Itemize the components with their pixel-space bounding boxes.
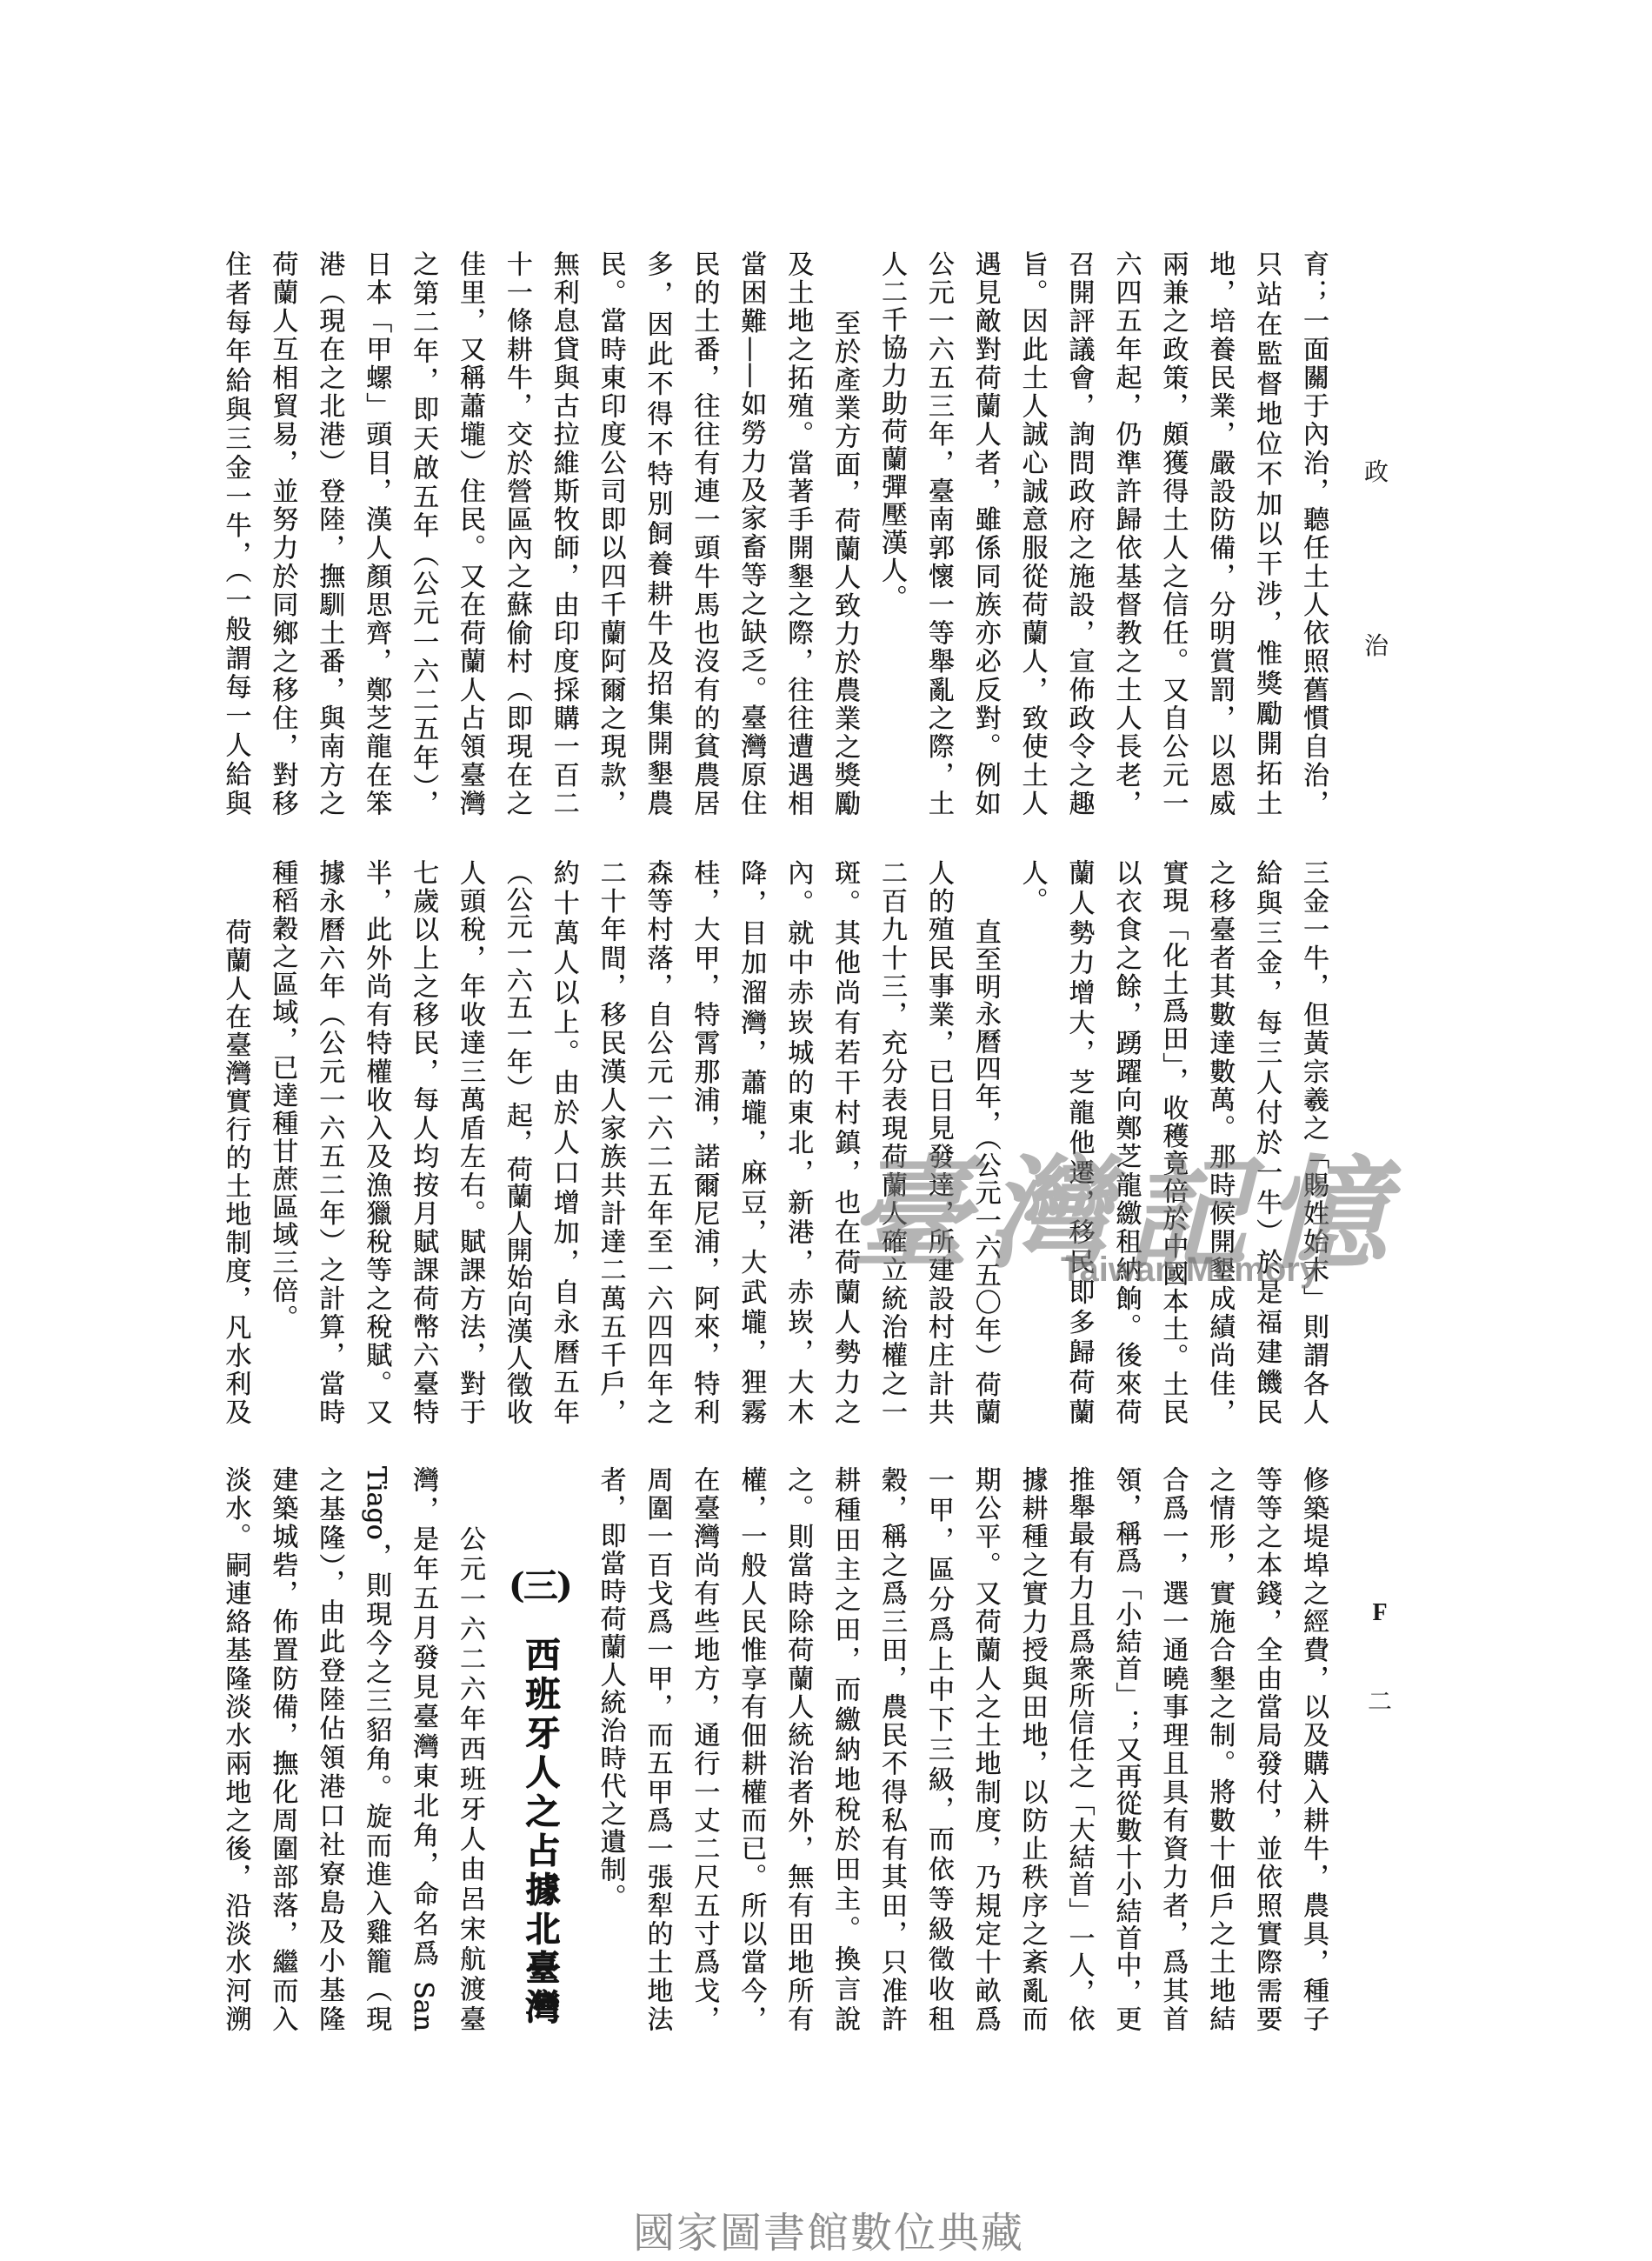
text-column: 以衣食之餘，踴躍向鄭芝龍繳租納餉。後來荷 <box>1102 859 1149 1424</box>
text-column: 港（現在之北港）登陸，撫馴土番，與南方之 <box>305 250 352 816</box>
text-column: 推舉最有力且爲衆所信任之「大結首」一人，依 <box>1056 1466 1102 2031</box>
text-column: 人的殖民事業，已日見發達，所建設村庄計共 <box>915 859 962 1424</box>
text-column: 蘭人勢力增大，芝龍他遷，移民即多歸荷蘭 <box>1056 859 1102 1424</box>
text-column: 地，培養民業，嚴設防備，分明賞罰，以恩威 <box>1196 250 1242 816</box>
text-column-paragraph-start: 公元一六二六年西班牙人由呂宋航渡臺 <box>446 1466 493 2031</box>
text-column: 半，此外尚有特權收入及漁獵稅等之稅賦。又 <box>352 859 399 1424</box>
text-column: 荷蘭人互相貿易，並努力於同鄉之移住，對移 <box>259 250 306 816</box>
section-heading-title: 西班牙人之占據北臺灣 <box>516 1637 563 2037</box>
text-column: 周圍一百戈爲一甲，而五甲爲一張犁的土地法 <box>634 1466 681 2031</box>
text-column: 召開評議會，詢問政府之施設，宣佈政令之趣 <box>1056 250 1102 816</box>
text-column-paragraph-end: 種稻穀之區域，已達種甘蔗區域三倍。 <box>259 859 306 1424</box>
text-column: 六四五年起，仍準許歸依基督教之土人長老， <box>1102 250 1149 816</box>
text-column: 十一條耕牛，交於營區內之蘇偷村（即現在之 <box>493 250 540 816</box>
text-column: 之移臺者其數達數萬。那時候開墾成績尚佳， <box>1196 859 1242 1424</box>
text-column: （公元一六五一年）起，荷蘭人開始向漢人徵收 <box>493 859 540 1424</box>
running-head-section-char: 治 <box>1359 629 1394 664</box>
text-column: 灣，是年五月發見臺灣東北角，命名爲 San <box>399 1466 446 2031</box>
section-heading-number: (三) <box>493 1562 587 1611</box>
text-column: 淡水。嗣連絡基隆淡水兩地之後，沿淡水河溯 <box>212 1466 259 2031</box>
text-column: 降，目加溜灣，蕭壠，麻豆，大武壠，狸霧 <box>727 859 774 1424</box>
running-head-section-char: 政 <box>1359 455 1394 490</box>
text-column: 日本「甲螺」頭目，漢人顏思齊，鄭芝龍在笨 <box>352 250 399 816</box>
text-column: 之基隆），由此登陸佔領港口社寮島及小基隆 <box>305 1466 352 2031</box>
text-tier-bottom: 修築堤埠之經費，以及購入耕牛，農具，種子 等等之本錢，全由當局發付，並依照實際需… <box>211 1466 1336 2031</box>
text-column: 斑。其他尚有若干村鎮，也在荷蘭人勢力之 <box>821 859 868 1424</box>
text-column: 只站在監督地位不加以干涉，惟獎勵開拓土 <box>1242 250 1289 816</box>
text-column: 一甲，區分爲上中下三級，而依等級徵收租 <box>915 1466 962 2031</box>
text-column: 森等村落，自公元一六二五年至一六四四年之 <box>634 859 681 1424</box>
text-column: 桂，大甲，特霄那浦，諾爾尼浦，阿來，特利 <box>681 859 728 1424</box>
text-column: 之第二年，即天啟五年（公元一六二五年）， <box>399 250 446 816</box>
text-column: 三金一牛，但黃宗羲之「賜姓始末」則謂各人 <box>1289 859 1336 1424</box>
text-column: 之情形，實施合墾之制。將數十佃戶之土地結 <box>1196 1466 1242 2031</box>
text-column: 建築城砦，佈置防備，撫化周圍部落，繼而入 <box>259 1466 306 2031</box>
text-column: 當困難——如勞力及家畜等之缺乏。臺灣原住 <box>727 250 774 816</box>
text-column: 修築堤埠之經費，以及購入耕牛，農具，種子 <box>1289 1466 1336 2031</box>
text-tier-top: 育；一面關于內治，聽任土人依照舊慣自治， 只站在監督地位不加以干涉，惟獎勵開拓土… <box>211 250 1336 816</box>
text-column-paragraph-start: 直至明永曆四年，（公元一六五〇年）荷蘭 <box>962 859 1009 1424</box>
text-column: 據耕種之實力授與田地，以防止秩序之紊亂而 <box>1009 1466 1056 2031</box>
section-heading: (三) 西班牙人之占據北臺灣 <box>493 1466 587 2031</box>
text-column: 權，一般人民惟享有佃耕權而已。所以當今， <box>727 1466 774 2031</box>
text-column-paragraph-start: 至於產業方面，荷蘭人致力於農業之獎勵 <box>821 250 868 816</box>
text-column: 約十萬人以上。由於人口增加，自永曆五年 <box>540 859 587 1424</box>
text-column-paragraph-end: 者，即當時荷蘭人統治時代之遺制。 <box>587 1466 634 2031</box>
text-column: 在臺灣尚有些地方，通行一丈二尺五寸爲戈， <box>681 1466 728 2031</box>
text-column: 多，因此不得不特別飼養耕牛及招集開墾農 <box>634 250 681 816</box>
text-column: 無利息貸與古拉維斯牧師，由印度採購一百二 <box>540 250 587 816</box>
text-column: 期公平。又荷蘭人之土地制度，乃規定十畝爲 <box>962 1466 1009 2031</box>
text-column: 領，稱爲「小結首」；又再從數十小結首中，更 <box>1102 1466 1149 2031</box>
text-tier-middle: 三金一牛，但黃宗羲之「賜姓始末」則謂各人 給與三金，每三人付於一牛）於是福建饑民… <box>211 859 1336 1424</box>
text-column: Tiago，則現今之三貂角。旋而進入雞籠（現 <box>352 1466 399 2031</box>
page-number: 二 <box>1362 1684 1397 1719</box>
text-column: 之。則當時除荷蘭人統治者外，無有田地所有 <box>774 1466 821 2031</box>
text-column: 住者每年給與三金一牛，（一般謂每一人給與 <box>212 250 259 816</box>
text-column: 及土地之拓殖。當著手開墾之際，往往遭遇相 <box>774 250 821 816</box>
text-column: 公元一六五三年，臺南郭懷一等舉亂之際，土 <box>915 250 962 816</box>
text-column: 遇見敵對荷蘭人者，雖係同族亦必反對。例如 <box>962 250 1009 816</box>
text-column: 七歲以上之移民，每人均按月賦課荷幣六臺特 <box>399 859 446 1424</box>
text-column-paragraph-end: 人二千協力助荷蘭彈壓漢人。 <box>868 250 915 816</box>
text-column: 據永曆六年（公元一六五二年）之計算，當時 <box>305 859 352 1424</box>
text-column: 內。就中赤崁城的東北，新港，赤崁，大木 <box>774 859 821 1424</box>
text-column: 二十年間，移民漢人家族共計達二萬五千戶， <box>587 859 634 1424</box>
text-column-paragraph-end: 人。 <box>1009 859 1056 1424</box>
text-column-paragraph-start: 荷蘭人在臺灣實行的土地制度，凡水利及 <box>212 859 259 1424</box>
text-column: 等等之本錢，全由當局發付，並依照實際需要 <box>1242 1466 1289 2031</box>
text-column: 實現「化土爲田」，收穫竟倍於中國本土。土民 <box>1149 859 1196 1424</box>
text-column: 穀，稱之爲三田，農民不得私有其田，只准許 <box>868 1466 915 2031</box>
page-marker-letter: F <box>1362 1596 1397 1631</box>
text-column: 耕種田主之田，而繳納地稅於田主。換言說 <box>821 1466 868 2031</box>
text-column: 合爲一，選一通曉事理且具有資力者，爲其首 <box>1149 1466 1196 2031</box>
footer-watermark: 國家圖書館數位典藏 <box>633 2209 1024 2258</box>
text-column: 民。當時東印度公司即以四千蘭阿爾之現款， <box>587 250 634 816</box>
text-column: 人頭稅，年收達三萬盾左右。賦課方法，對于 <box>446 859 493 1424</box>
text-column: 育；一面關于內治，聽任土人依照舊慣自治， <box>1289 250 1336 816</box>
text-column: 兩兼之政策，頗獲得土人之信任。又自公元一 <box>1149 250 1196 816</box>
text-column: 民的土番，往往有連一頭牛馬也沒有的貧農居 <box>681 250 728 816</box>
text-column: 二百九十三，充分表現荷蘭人確立統治權之一 <box>868 859 915 1424</box>
text-column: 給與三金，每三人付於一牛）於是福建饑民 <box>1242 859 1289 1424</box>
text-column: 佳里，又稱蕭壠）住民。又在荷蘭人占領臺灣 <box>446 250 493 816</box>
text-column: 旨。因此土人誠心誠意服從荷蘭人，致使土人 <box>1009 250 1056 816</box>
